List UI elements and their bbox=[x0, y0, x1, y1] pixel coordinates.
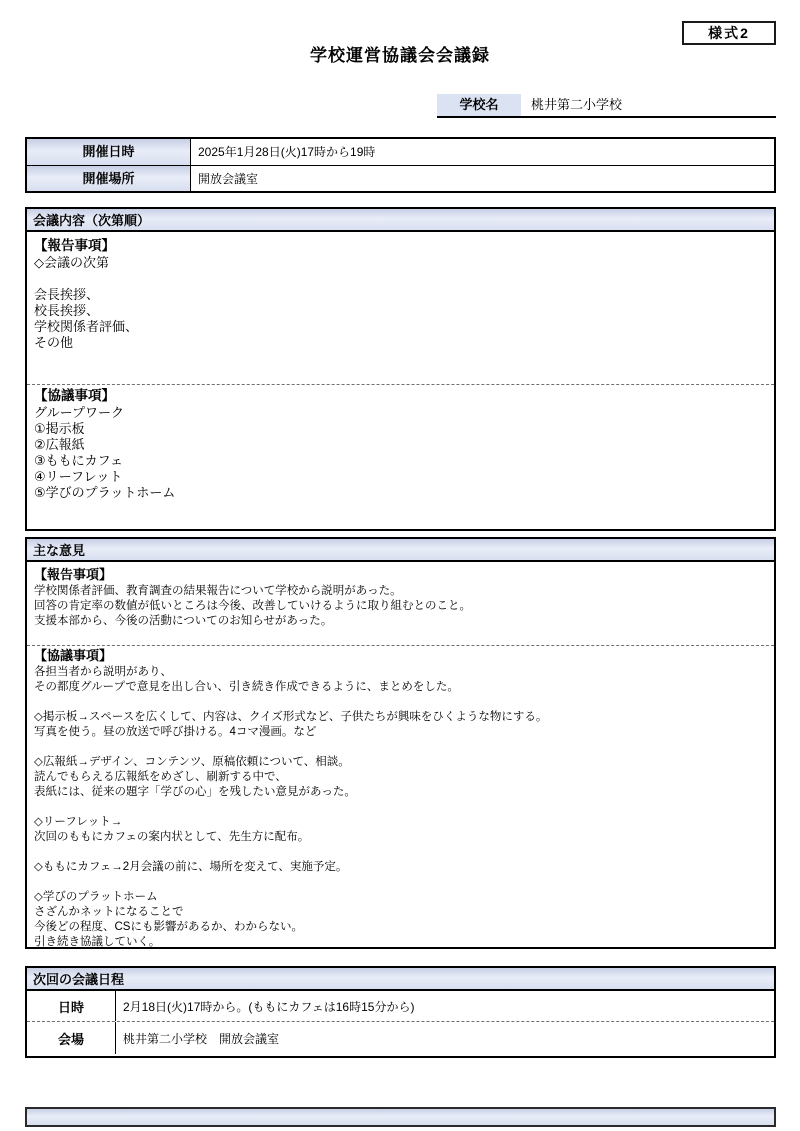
opinions-discussion-heading: 【協議事項】 bbox=[34, 647, 767, 665]
next-meeting-section-header: 次回の会議日程 bbox=[27, 968, 774, 991]
meeting-place-value: 開放会議室 bbox=[191, 166, 774, 191]
text-line: 読んでもらえる広報紙をめざし、刷新する中で、 bbox=[34, 770, 767, 785]
meeting-place-label: 開催場所 bbox=[27, 166, 191, 191]
school-name-value: 桃井第二小学校 bbox=[521, 94, 622, 116]
discussion-items-lines: グループワーク①掲示板②広報紙③ももにカフェ④リーフレット⑤学びのプラットホーム bbox=[34, 405, 767, 501]
opinions-section-header: 主な意見 bbox=[27, 539, 774, 562]
text-line: ◇広報紙→デザイン、コンテンツ、原稿依頼について、相談。 bbox=[34, 755, 767, 770]
text-line: 会長挨拶、 bbox=[34, 287, 767, 303]
text-line: その他 bbox=[34, 335, 767, 351]
agenda-section: 会議内容（次第順） 【報告事項】 ◇会議の次第 会長挨拶、校長挨拶、学校関係者評… bbox=[25, 207, 776, 531]
meeting-meta-table: 開催日時 2025年1月28日(火)17時から19時 開催場所 開放会議室 bbox=[25, 137, 776, 193]
text-line: グループワーク bbox=[34, 405, 767, 421]
text-line: ④リーフレット bbox=[34, 469, 767, 485]
text-line: ◇学びのプラットホーム bbox=[34, 890, 767, 905]
text-line: ①掲示板 bbox=[34, 421, 767, 437]
opinions-section: 主な意見 【報告事項】 学校関係者評価、教育調査の結果報告について学校から説明が… bbox=[25, 537, 776, 949]
school-name-row: 学校名 桃井第二小学校 bbox=[437, 94, 776, 118]
table-row: 開催日時 2025年1月28日(火)17時から19時 bbox=[27, 139, 774, 165]
text-line: ◇ももにカフェ→2月会議の前に、場所を変えて、実施予定。 bbox=[34, 860, 767, 875]
table-row: 会場 桃井第二小学校 開放会議室 bbox=[27, 1021, 774, 1054]
text-line: さざんかネットになることで bbox=[34, 905, 767, 920]
next-meeting-datetime-value: 2月18日(火)17時から。(ももにカフェは16時15分から) bbox=[116, 991, 774, 1021]
text-line bbox=[34, 351, 767, 367]
text-line: 引き続き協議していく。 bbox=[34, 935, 767, 949]
opinions-section-body: 【報告事項】 学校関係者評価、教育調査の結果報告について学校から説明があった。回… bbox=[27, 562, 774, 949]
text-line: その都度グループで意見を出し合い、引き続き作成できるように、まとめをした。 bbox=[34, 680, 767, 695]
table-row: 開催場所 開放会議室 bbox=[27, 165, 774, 191]
text-line bbox=[34, 740, 767, 755]
text-line: 学校関係者評価、教育調査の結果報告について学校から説明があった。 bbox=[34, 584, 767, 599]
text-line: 次回のももにカフェの案内状として、先生方に配布。 bbox=[34, 830, 767, 845]
agenda-section-header: 会議内容（次第順） bbox=[27, 209, 774, 232]
text-line: ◇掲示板→スペースを広くして、内容は、クイズ形式など、子供たちが興味をひくような… bbox=[34, 710, 767, 725]
next-meeting-venue-value: 桃井第二小学校 開放会議室 bbox=[116, 1022, 774, 1054]
opinions-discussion-lines: 各担当者から説明があり、その都度グループで意見を出し合い、引き続き作成できるよう… bbox=[34, 665, 767, 949]
report-items-lines: ◇会議の次第 会長挨拶、校長挨拶、学校関係者評価、その他 bbox=[34, 255, 767, 383]
next-meeting-venue-label: 会場 bbox=[27, 1022, 116, 1054]
table-row: 日時 2月18日(火)17時から。(ももにカフェは16時15分から) bbox=[27, 991, 774, 1021]
text-line: ②広報紙 bbox=[34, 437, 767, 453]
opinions-report-heading: 【報告事項】 bbox=[34, 566, 767, 584]
meeting-minutes-document: 様式2 学校運営協議会会議録 学校名 桃井第二小学校 開催日時 2025年1月2… bbox=[0, 0, 800, 1131]
text-line: 校長挨拶、 bbox=[34, 303, 767, 319]
text-line bbox=[34, 629, 767, 644]
text-line: 学校関係者評価、 bbox=[34, 319, 767, 335]
text-line: ◇会議の次第 bbox=[34, 255, 767, 271]
meeting-datetime-value: 2025年1月28日(火)17時から19時 bbox=[191, 139, 774, 165]
next-meeting-datetime-label: 日時 bbox=[27, 991, 116, 1021]
text-line: 支援本部から、今後の活動についてのお知らせがあった。 bbox=[34, 614, 767, 629]
text-line: ◇リーフレット→ bbox=[34, 815, 767, 830]
empty-footer-section-bar bbox=[25, 1107, 776, 1127]
text-line: 表紙には、従来の題字「学びの心」を残したい意見があった。 bbox=[34, 785, 767, 800]
text-line: 各担当者から説明があり、 bbox=[34, 665, 767, 680]
school-name-label: 学校名 bbox=[437, 94, 521, 116]
meeting-datetime-label: 開催日時 bbox=[27, 139, 191, 165]
dashed-divider bbox=[27, 384, 774, 385]
discussion-items-heading: 【協議事項】 bbox=[34, 386, 767, 405]
text-line: 今後どの程度、CSにも影響があるか、わからない。 bbox=[34, 920, 767, 935]
opinions-report-lines: 学校関係者評価、教育調査の結果報告について学校から説明があった。回答の肯定率の数… bbox=[34, 584, 767, 644]
report-items-heading: 【報告事項】 bbox=[34, 236, 767, 255]
dashed-divider bbox=[27, 645, 774, 646]
text-line bbox=[34, 800, 767, 815]
text-line: ③ももにカフェ bbox=[34, 453, 767, 469]
text-line: 回答の肯定率の数値が低いところは今後、改善していけるように取り組むとのこと。 bbox=[34, 599, 767, 614]
page-title: 学校運営協議会会議録 bbox=[0, 41, 800, 66]
agenda-section-body: 【報告事項】 ◇会議の次第 会長挨拶、校長挨拶、学校関係者評価、その他 【協議事… bbox=[27, 232, 774, 501]
text-line: 写真を使う。昼の放送で呼び掛ける。4コマ漫画。など bbox=[34, 725, 767, 740]
text-line bbox=[34, 875, 767, 890]
next-meeting-section: 次回の会議日程 日時 2月18日(火)17時から。(ももにカフェは16時15分か… bbox=[25, 966, 776, 1058]
text-line bbox=[34, 695, 767, 710]
text-line bbox=[34, 845, 767, 860]
text-line bbox=[34, 271, 767, 287]
text-line: ⑤学びのプラットホーム bbox=[34, 485, 767, 501]
text-line bbox=[34, 367, 767, 383]
